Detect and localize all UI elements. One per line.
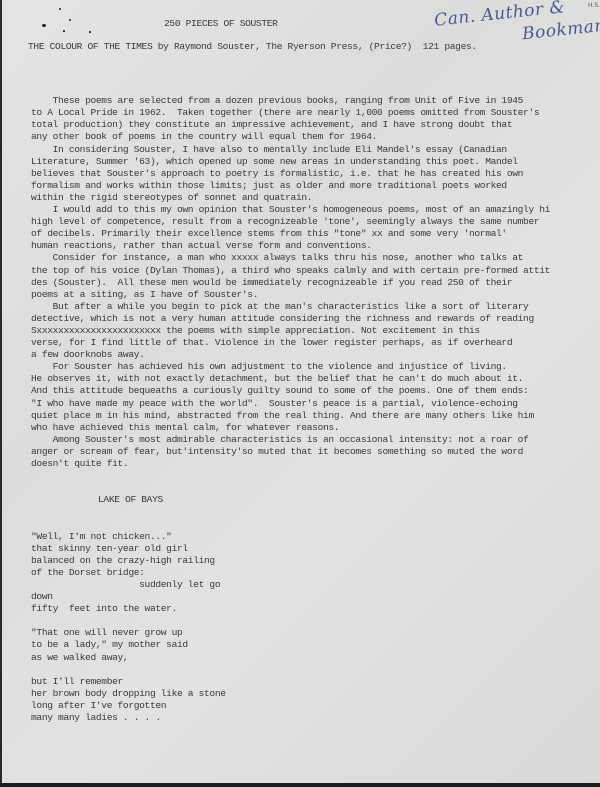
- body-line: Among Souster's most admirable character…: [31, 434, 550, 446]
- body-line: And this attitude bequeaths a curiously …: [31, 385, 550, 397]
- body-line: I would add to this my own opinion that …: [31, 204, 550, 216]
- body-line: Sxxxxxxxxxxxxxxxxxxxxxxx the poems with …: [31, 325, 550, 337]
- review-paragraphs: These poems are selected from a dozen pr…: [31, 95, 550, 470]
- body-line: doesn't quite fit.: [31, 458, 550, 470]
- poem-line: [31, 664, 550, 676]
- poem-line: as we walked away,: [31, 652, 550, 664]
- body-line: the top of his voice (Dylan Thomas), a t…: [31, 265, 550, 277]
- body-line: des (Souster). All these men would be im…: [31, 277, 550, 289]
- body-line: For Souster has achieved his own adjustm…: [31, 361, 550, 373]
- body-line: within the rigid stereotypes of sonnet a…: [31, 192, 550, 204]
- poem-line: many many ladies . . . .: [31, 712, 550, 724]
- body-line: believes that Souster's approach to poet…: [31, 168, 550, 180]
- ink-speck: [42, 24, 46, 27]
- body-line: high level of competence, result from a …: [31, 216, 550, 228]
- ink-speck: [63, 30, 65, 32]
- poem-line: of the Dorset bridge:: [31, 567, 550, 579]
- body-line: He observes it, with not exactly detachm…: [31, 373, 550, 385]
- body-line: "I who have made my peace with the world…: [31, 398, 550, 410]
- poem-title: LAKE OF BAYS: [31, 494, 550, 506]
- poem-line: but I'll remember: [31, 676, 550, 688]
- body-line: a few doorknobs away.: [31, 349, 550, 361]
- book-citation: THE COLOUR OF THE TIMES by Raymond Soust…: [28, 41, 477, 53]
- poem-line: to be a lady," my mother said: [31, 639, 550, 651]
- body-line: poems at a siting, as I have of Souster'…: [31, 289, 550, 301]
- body-line: who have achieved this mental calm, for …: [31, 422, 550, 434]
- poem-line: "That one will never grow up: [31, 627, 550, 639]
- review-body: These poems are selected from a dozen pr…: [31, 71, 550, 748]
- poem-line: that skinny ten-year old girl: [31, 543, 550, 555]
- poem-line: fifty feet into the water.: [31, 603, 550, 615]
- body-line: Literature, Summer '63), which opened up…: [31, 156, 550, 168]
- body-line: total production) they constitute an imp…: [31, 119, 550, 131]
- ink-speck: [59, 8, 61, 10]
- body-line: detective, which is not a very human att…: [31, 313, 550, 325]
- poem-line: "Well, I'm not chicken...": [31, 531, 550, 543]
- poem-line: her brown body dropping like a stone: [31, 688, 550, 700]
- body-line: But after a while you begin to pick at t…: [31, 301, 550, 313]
- body-line: verse, for I find little of that. Violen…: [31, 337, 550, 349]
- body-line: anger or scream of fear, but'intensity's…: [31, 446, 550, 458]
- ink-speck: [69, 19, 71, 21]
- poem-line: balanced on the crazy-high railing: [31, 555, 550, 567]
- body-line: Consider for instance, a man who xxxxx a…: [31, 252, 550, 264]
- scan-edge: [0, 783, 600, 787]
- poem-line: down: [31, 591, 550, 603]
- poem-lines: "Well, I'm not chicken..."that skinny te…: [31, 531, 550, 725]
- handwritten-initials: H.S.: [588, 2, 600, 9]
- poem-line: [31, 615, 550, 627]
- body-line: human reactions, rather than actual vers…: [31, 240, 550, 252]
- body-line: to A Local Pride in 1962. Taken together…: [31, 107, 550, 119]
- poem-line: long after I've forgotten: [31, 700, 550, 712]
- body-line: any other book of poems in the country w…: [31, 131, 550, 143]
- body-line: quiet place m in his mind, abstracted fr…: [31, 410, 550, 422]
- typewritten-page: Can. Author & Bookman H.S. 250 PIECES OF…: [2, 0, 600, 783]
- body-line: In considering Souster, I have also to m…: [31, 144, 550, 156]
- poem-line: suddenly let go: [31, 579, 550, 591]
- document-title: 250 PIECES OF SOUSTER: [164, 18, 278, 30]
- body-line: of decibels. Primarily their excellence …: [31, 228, 550, 240]
- body-line: These poems are selected from a dozen pr…: [31, 95, 550, 107]
- body-line: formalism and works within those limits;…: [31, 180, 550, 192]
- ink-speck: [89, 31, 91, 33]
